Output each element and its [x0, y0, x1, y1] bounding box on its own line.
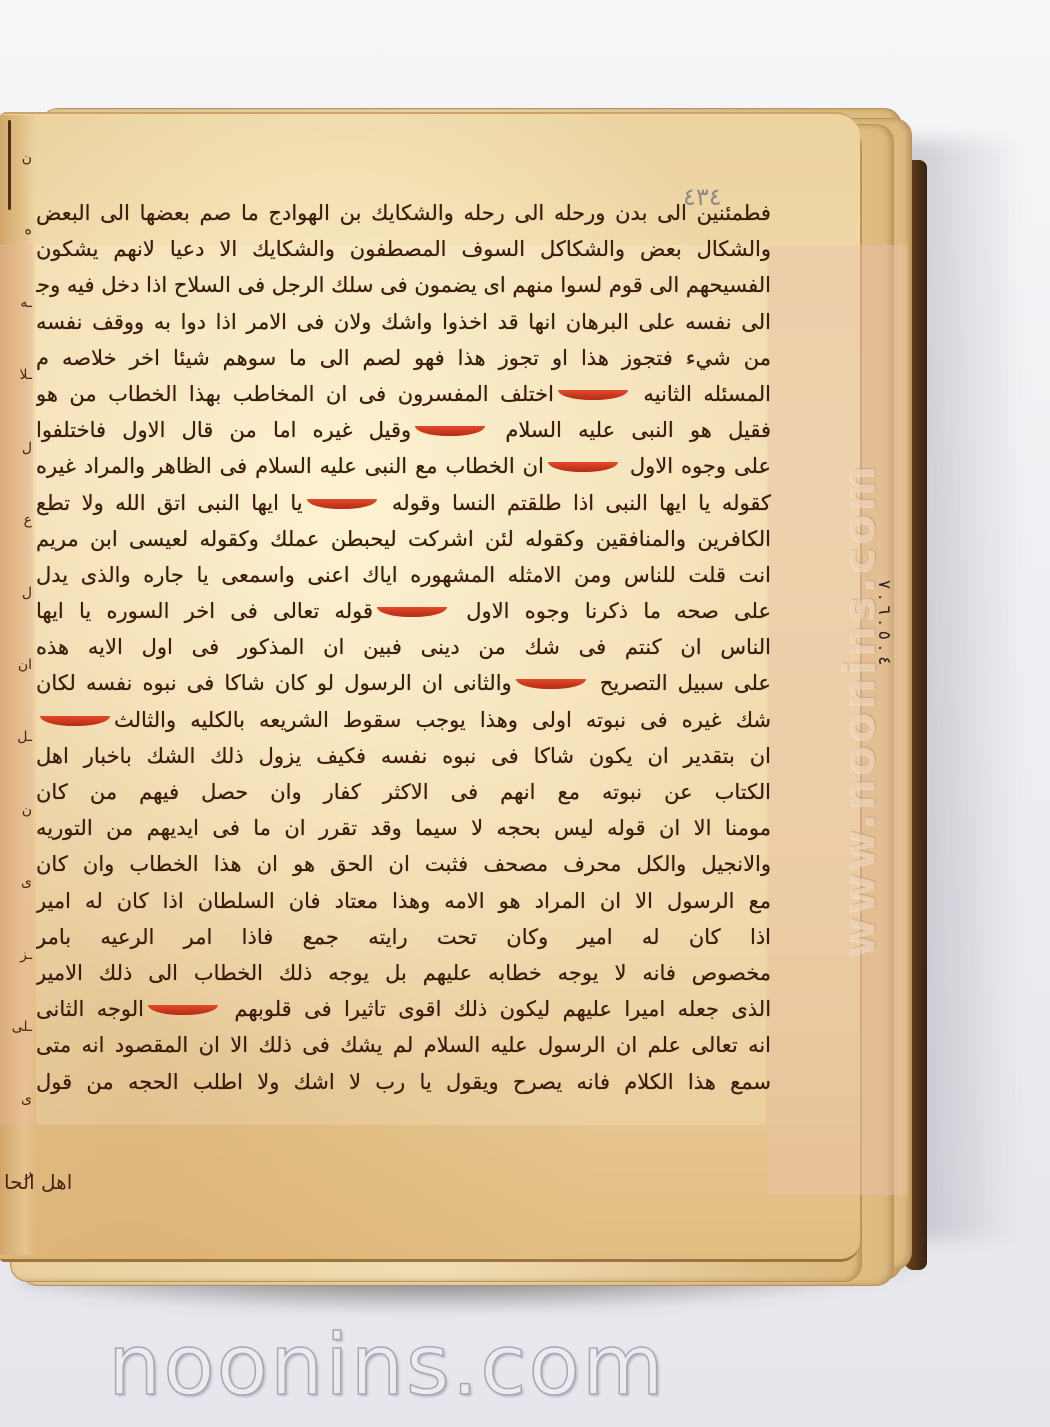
binding-thread — [8, 120, 11, 210]
manuscript-line: الكتاب عن نبوته مع انهم فى الاكثر كفار و… — [36, 774, 771, 810]
rubric-mark — [516, 679, 586, 689]
facing-fragment: ل — [12, 585, 32, 601]
manuscript-line: الكافرين والمنافقين وكقوله لئن اشركت ليح… — [36, 521, 771, 557]
facing-fragment: ـه — [12, 295, 32, 311]
facing-fragment: ل — [12, 440, 32, 456]
manuscript-line: مع الرسول الا ان المراد هو الامه وهذا مع… — [36, 883, 771, 919]
facing-fragment: ى — [12, 874, 32, 890]
rubric-mark — [548, 462, 618, 472]
manuscript-line: كقوله يا ايها النبى اذا طلقتم النسا وقول… — [36, 485, 771, 521]
manuscript-line: والشكال بعض والشكاكل السوف المصطفون والش… — [36, 231, 771, 267]
rubric-mark — [377, 607, 447, 617]
facing-fragment: ن — [12, 150, 32, 166]
rubric-mark — [558, 390, 628, 400]
facing-fragment: ن — [12, 802, 32, 818]
manuscript-line: على وجوه الاول ان الخطاب مع النبى عليه ا… — [36, 448, 771, 484]
manuscript-line: انت قلت للناس ومن الامثله المشهوره اياك … — [36, 557, 771, 593]
facing-fragment: ـل — [12, 729, 32, 745]
rubric-mark — [40, 716, 110, 726]
manuscript-line: الذى جعله اميرا عليهم ليكون ذلك اقوى تاث… — [36, 991, 771, 1027]
manuscript-line: شك غيره فى نبوته اولى وهذا يوجب سقوط الش… — [36, 702, 771, 738]
rubric-mark — [148, 1005, 218, 1015]
manuscript-line: ان بتقدير ان يكون شاكا فى نبوه نفسه فكيف… — [36, 738, 771, 774]
margin-note: اهل الحا — [4, 1170, 72, 1194]
facing-fragment: ه — [12, 222, 32, 238]
facing-fragment: ـلا — [12, 367, 32, 383]
manuscript-line: الناس ان كنتم فى شك من دينى فبين ان المذ… — [36, 629, 771, 665]
rubric-mark — [307, 499, 377, 509]
manuscript-line: اذا كان له امير وكان تحت رايته جمع فاذا … — [36, 919, 771, 955]
manuscript-text: فطمئنين الى بدن ورحله الى رحله والشكايك … — [36, 195, 771, 1100]
manuscript-line: الفسيحهم الى قوم لسوا منهم اى يضمون فى س… — [36, 267, 771, 303]
facing-fragment: ان — [12, 657, 32, 673]
manuscript-line: فطمئنين الى بدن ورحله الى رحله والشكايك … — [36, 195, 771, 231]
manuscript-line: من شيء فتجوز هذا او تجوز هذا فهو لصم الى… — [36, 340, 771, 376]
facing-fragment: ـز — [12, 947, 32, 963]
facing-page-fragments: ن ه ـه ـلا ل ع ل ان ـل ن ى ـز ـلى ى ر — [12, 150, 32, 1180]
watermark-vertical: www.noonins.com — [830, 240, 890, 1180]
manuscript-line: والانجيل والكل محرف مصحف فثبت ان الحق هو… — [36, 846, 771, 882]
facing-fragment: ى — [12, 1091, 32, 1107]
manuscript-line: سمع هذا الكلام فانه يصرح ويقول يا رب لا … — [36, 1064, 771, 1100]
manuscript-line: على سبيل التصريح والثانى ان الرسول لو كا… — [36, 665, 771, 701]
manuscript-line: انه تعالى علم ان الرسول عليه السلام لم ي… — [36, 1027, 771, 1063]
facing-fragment: ـلى — [12, 1019, 32, 1035]
manuscript-line: الى نفسه على البرهان انها قد اخذوا واشك … — [36, 304, 771, 340]
manuscript-line: المسئله الثانيه اختلف المفسرون فى ان الم… — [36, 376, 771, 412]
watermark-bottom: noonins.com — [108, 1320, 728, 1410]
facing-fragment: ع — [12, 512, 32, 528]
manuscript-line: مخصوص فانه لا يوجه خطابه عليهم بل يوجه ذ… — [36, 955, 771, 991]
manuscript-line: فقيل هو النبى عليه السلام وقيل غيره اما … — [36, 412, 771, 448]
manuscript-line: مومنا الا ان قوله ليس بحجه لا سيما وقد ت… — [36, 810, 771, 846]
manuscript-line: على صحه ما ذكرنا وجوه الاول قوله تعالى ف… — [36, 593, 771, 629]
rubric-mark — [415, 426, 485, 436]
